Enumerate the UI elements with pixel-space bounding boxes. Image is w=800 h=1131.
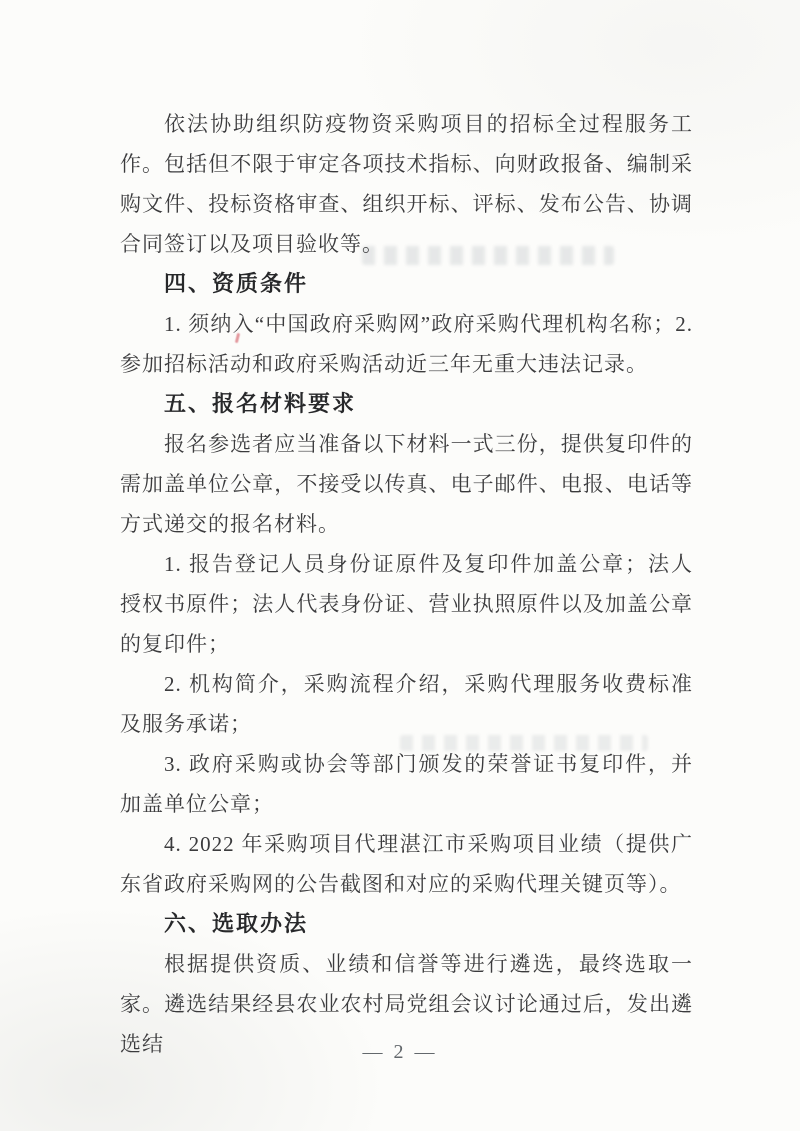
paragraph-material-item-4: 4. 2022 年采购项目代理湛江市采购项目业绩（提供广东省政府采购网的公告截图… (120, 824, 693, 904)
page-footer: — 2 — (0, 1041, 800, 1064)
paragraph-service-scope: 依法协助组织防疫物资采购项目的招标全过程服务工作。包括但不限于审定各项技术指标、… (120, 104, 693, 264)
paragraph-material-item-2: 2. 机构简介，采购流程介绍，采购代理服务收费标准及服务承诺； (120, 664, 693, 744)
page-number: — 2 — (363, 1041, 438, 1063)
paragraph-materials-intro: 报名参选者应当准备以下材料一式三份，提供复印件的需加盖单位公章，不接受以传真、电… (120, 424, 693, 544)
section-heading-qualification-conditions: 四、资质条件 (120, 264, 693, 304)
section-heading-selection-method: 六、选取办法 (120, 904, 693, 944)
paragraph-material-item-3: 3. 政府采购或协会等部门颁发的荣誉证书复印件，并加盖单位公章； (120, 744, 693, 824)
paragraph-material-item-1: 1. 报告登记人员身份证原件及复印件加盖公章；法人授权书原件；法人代表身份证、营… (120, 544, 693, 664)
document-body: 依法协助组织防疫物资采购项目的招标全过程服务工作。包括但不限于审定各项技术指标、… (120, 104, 693, 1064)
section-heading-registration-materials: 五、报名材料要求 (120, 384, 693, 424)
scanned-document-page: 依法协助组织防疫物资采购项目的招标全过程服务工作。包括但不限于审定各项技术指标、… (0, 0, 800, 1131)
paragraph-qualification-items: 1. 须纳入“中国政府采购网”政府采购代理机构名称；2. 参加招标活动和政府采购… (120, 304, 693, 384)
